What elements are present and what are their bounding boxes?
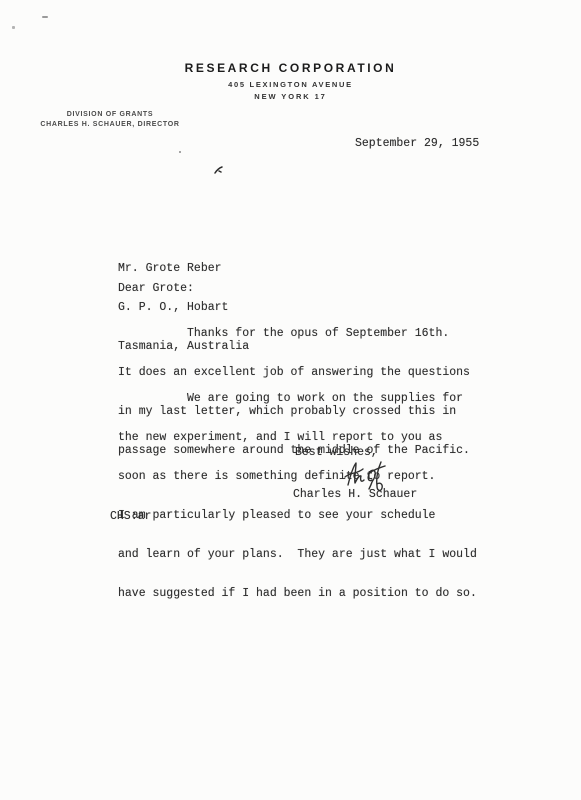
scan-speck xyxy=(42,16,48,18)
signatory-name: Charles H. Schauer xyxy=(293,488,417,501)
body-line: have suggested if I had been in a positi… xyxy=(118,587,477,600)
division-name: DIVISION OF GRANTS xyxy=(26,110,194,120)
salutation: Dear Grote: xyxy=(118,282,194,295)
director-name: CHARLES H. SCHAUER, DIRECTOR xyxy=(26,120,194,130)
division-block: DIVISION OF GRANTS CHARLES H. SCHAUER, D… xyxy=(26,110,194,130)
typist-reference: CHS:ar xyxy=(110,510,151,523)
date-line: September 29, 1955 xyxy=(355,137,479,150)
body-line: soon as there is something definite to r… xyxy=(118,470,477,483)
company-name: RESEARCH CORPORATION xyxy=(0,61,581,75)
recipient-name-line: Mr. Grote Reber xyxy=(118,262,249,275)
pen-tick-mark xyxy=(213,164,225,176)
company-street-address: 405 LEXINGTON AVENUE xyxy=(0,80,581,89)
body-line: We are going to work on the supplies for xyxy=(118,392,477,405)
scan-speck xyxy=(12,26,15,29)
body-line: and learn of your plans. They are just w… xyxy=(118,548,477,561)
body-line: the new experiment, and I will report to… xyxy=(118,431,477,444)
scan-speck xyxy=(179,151,181,153)
body-line: Thanks for the opus of September 16th. xyxy=(118,327,470,340)
body-line: I am particularly pleased to see your sc… xyxy=(118,509,477,522)
company-city: NEW YORK 17 xyxy=(0,92,581,101)
scanned-letter-page: RESEARCH CORPORATION 405 LEXINGTON AVENU… xyxy=(0,0,581,800)
